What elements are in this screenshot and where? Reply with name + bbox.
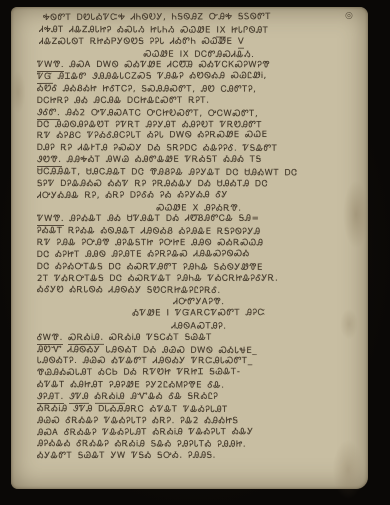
handwritten-line: ᎡᏤ ᎣᎮᏰᏟ ᏤᎮᎣᎴᎯᏟᎮᏓᎢ ᎣᎮᏓ ᎠᎳᏫ ᎣᎮᎡᏍᏪE ᏍᏇE	[37, 130, 361, 143]
handwritten-segment	[89, 392, 94, 402]
handwritten-line: ᏡᏊᎯᎣᏍᏓᎯᎢ ᎣᏟᏏ ᎠᎣ ᎡᏤᏬᏥ ᏤᎡᏥᏆ ᎦᏊᎲᎢ-	[37, 367, 361, 380]
handwritten-segment: ᎯᏉᎲᎣ ᎴᎲ ᎦᎡᎣᏝᎮ	[125, 392, 218, 402]
handwritten-segment: ᏓᎯᏫᎣᎢᎮ. ᎯᏊᏍ ᎣᏤᎲᏛᎢ ᏗᎯᏫᎣᎩ ᏤᎡᏨᎯᏓᏍᏛᎢ_	[37, 356, 253, 366]
handwritten-line: ᎯᏍᎪ ᎴᎡᎣᎲᎮ ᏤᎲᎣᎮᏓᎯᎢ ᎣᎡᎣᎥᎯ ᏤᎲᎣᎮᏓᎢ ᎣᎲᎩ	[37, 426, 361, 439]
handwritten-line: ᏭᏬᏡ. ᎯᎯᎭᎣᎢ ᎯᎳᏊ ᎣᎯᏛᎲᏪE ᏤᎡᎣᎦᎢ ᎣᎯᎣ ᎢᎦ	[37, 155, 361, 167]
handwritten-segment: ᎠᏟᏥᎡᎮ ᎯᎣ ᎯᏟᎯᎲ ᎠᏟᏥᎲᏝᏍᏛᎢ ᎡᎮᎢ.	[37, 96, 210, 106]
handwritten-segment: ᎯᏆᎲᏛ ᏭᎯᎯᎲᏓᏟᏃᏍᎦ ᏤᎯᎲᎮ ᎣᏬᏫᎣᎯ ᏍᏊᏝᏪᎥ,	[53, 71, 267, 82]
handwritten-segment: ᎣᎩᎲᏛᎢ ᎦᏊᎲᎢ ᎩᎳ ᏤᎦᎣ ᎦᎤᎣ. ᎮᎯᎯᎦ.	[37, 451, 216, 461]
handwritten-segment: ᎯᏬᏉ ᏗᎯᏫᎣᎩ ᏓᎯᏫᎣᎢ ᎠᎣ ᎯᏊᏍ ᎠᎳᏫ ᏍᎣᏓᏠE_	[37, 345, 257, 356]
handwritten-line: ᏗᎲᏃᏍᏓᏫᎢ ᎡᏥᎣᏢᎩᏫᏬᎦ ᎮᎮᏓ ᏗᎣᏛᏂ ᏍᏇᏪE V	[39, 36, 361, 48]
handwritten-segment: ᎯᏍᎪ ᎴᎡᎣᎲᎮ ᏤᎲᎣᎮᏓᎯᎢ ᎣᎡᎣᎥᎯ ᏤᎲᎣᎮᏓᎢ ᎣᎲᎩ	[37, 427, 254, 438]
handwritten-segment: ᏍᎡᎣᎥᎯ ᏤᎦᏟᎣᎢ ᎦᏊᎲᎢ	[104, 333, 213, 343]
handwritten-segment: ᏍᏇᏪE	[156, 203, 192, 213]
handwritten-line: ᎠᏟᏥᎡᎮ ᎯᎣ ᎯᏟᎯᎲ ᎠᏟᏥᎲᏝᏍᏛᎢ ᎡᎮᎢ.	[37, 95, 361, 107]
handwritten-line: ᏭᎮᎯᎢ. ᏭᏤᎯ ᎣᎡᎣᎥᎯ ᎯᏉᎲᎣ ᎴᎲ ᎦᎡᎣᏝᎮ	[37, 392, 361, 404]
handwritten-line: ᎴᎳᏡ. ᏍᎡᎣᎥᎯ. ᏍᎡᎣᎥᎯ ᏤᎦᏟᎣᎢ ᎦᏊᎲᎢ	[37, 332, 361, 344]
underlined-word: ᏤᎳᏡ.	[37, 60, 64, 72]
handwritten-segment: ᏡᏊᎯᎣᏍᏓᎯᎢ ᎣᏟᏏ ᎠᎣ ᎡᏤᏬᏥ ᏤᎡᏥᏆ ᎦᏊᎲᎢ-	[37, 367, 241, 378]
handwritten-segment: ᏌᏟᎯᎯᎲᎢ, ᏌᎯᏟᎯᎲᎢ ᎠᏣ ᏡᎯᏰᎮᎲ ᎯᎮᎩᎲᎢ ᎠᏣ ᏌᎯᎣᎳᎢ Ꭰ…	[37, 167, 298, 178]
handwritten-line: ᎣᏤᏪE I ᏤᏳᎪᎡᏟᏤᏍᏛᎢ ᎯᎮᏨ	[37, 308, 361, 321]
handwritten-segment: ᏤᏳᎪᎡᏟᏤᏍᏛᎢ ᎯᎮᏨ	[170, 308, 266, 318]
underlined-word: ᏤᎳᏡ.	[37, 214, 64, 226]
handwritten-segment: ᎯᎮᎣᎲᎣ ᎴᎡᎣᎲᎮ ᎣᎡᎣᎥᎯ ᎦᎲᎣ ᎮᎯᎮᏓᎢᎣ ᎮᎯᎯᏥ.	[37, 439, 246, 450]
underlined-word: IX	[216, 25, 226, 37]
handwritten-line: ᏗᎤᎩᎣᎯᎲ ᎡᎮ, ᎣᎡᎮ ᎠᎮᎴᎣ ᎮᎣ ᎣᎮᎩᎣᎯ ᎴᎩ	[37, 189, 361, 202]
handwritten-segment: ᎡᏤ ᎣᎮᏰᏟ ᏤᎮᎣᎴᎯᏟᎮᏓᎢ ᎣᎮᏓ ᎠᎳᏫ ᎣᎮᎡᏍᏪE ᏍᏇE	[37, 130, 268, 141]
handwritten-segment: ᏍᏇᏪE	[144, 49, 180, 59]
handwritten-segment: ᎣᏤᏪE	[132, 309, 166, 319]
handwritten-segment: ᎠᏣ ᎣᎮᏥᎢ ᎯᎯᏫ ᎯᎮᎯᎢE ᎣᎮᎡᎮᎲᏍ ᏗᎯᎲᏍᎮᏫᏍᎣ	[37, 249, 250, 260]
handwritten-text-block: ᎭᏫᏛᎢ ᎠᏬᏓᎣᏤᏨᎭ ᏗᏂᏫᎧᎩ, ᏂᎦᏫᎯᏃ ᏅᎯᎭ ᎦᏚᏫᏛᎢᏗᎭᎯᎢ …	[37, 13, 361, 463]
handwritten-segment: ᎯᎣ2 ᎤᏤᎯᏍᎪᎢᏟ ᎤᏟᏥᎧᏍᏛᎢ, ᎤᏟᎳᏍᏛᎢ,	[60, 108, 258, 119]
handwritten-segment: ᏗᎯᏫᎪᏍᎢᎯᎮ.	[171, 321, 226, 331]
underlined-word: ᏭᎮᎯᎢ.	[37, 392, 64, 404]
handwritten-segment: ᎠᎯᎮ ᎡᎮ ᏗᎲᎨᎢᎯ ᎮᏍᏍᎩ ᎠᎣ ᎦᎡᎮᎠᏟ ᎣᎲᎮᎮᎴ. ᏤᎦᎲᏛᎢ	[37, 143, 278, 154]
underlined-word: V	[238, 36, 245, 48]
handwritten-segment: ᏗᎤᎩᎣᎯᎲ ᎡᎮ, ᎣᎡᎮ ᎠᎮᎴᎣ ᎮᎣ ᎣᎮᎩᎣᎯ ᎴᎩ	[37, 190, 228, 201]
handwritten-segment: ᎠᏣ ᎯᏊᏫᎯᎮᎲᏬᎢ ᎮᏤᎡᎢ ᎯᎮᎩᎯᎢ ᎣᎯᎮᎧᎢ ᏤᎡᏬᎯᏛᎢ	[37, 120, 262, 130]
handwritten-segment: ᎯᏍᎪ ᎠᎳᏫ ᏍᎣᏤᏪE ᏗᏟᏬᎯ ᏍᎣᏤᏟᏦᏍᎮᎳᎮᏡ	[64, 60, 270, 70]
underlined-word: ᎣᎡᎣᎥᎯ	[95, 392, 126, 404]
handwritten-line: ᎣᎩᎲᏛᎢ ᎦᏊᎲᎢ ᎩᎳ ᏤᎦᎣ ᎦᎤᎣ. ᎮᎯᎯᎦ.	[37, 451, 361, 463]
handwritten-segment: ᎠᏣ ᎣᎮᎣᎤᎢᎲᎦ ᎠᏣ ᎣᏍᎡᏤᎯᏛᎢ ᎮᎯᏂᎲ ᎦᎣᏫᎩᏪᏡE	[37, 262, 263, 273]
handwritten-segment: ᎣᎡᎣᎥᎯ ᏭᏤᎯ ᎠᏓᎣᎯᎯᎡᏟ ᎣᏤᎲᎢ ᏤᎲᎣᎮᏓᎯᎢ	[37, 404, 228, 415]
handwritten-segment: ᏥᏓᎵᏫᎯᎢ	[226, 25, 269, 35]
handwritten-segment: ᎮᎣᎲᎢ ᎡᎮᎣᎲ ᎣᏫᎯᎲᎢ ᏗᎯᏫᎣᏰ ᎣᎮᎯᎲE ᎡᎦᎮᏫᎮᎩᎯ	[37, 226, 261, 237]
handwritten-segment: ᎡᏤ ᎮᎯᎲ ᎮᎤᎯᏡ ᎯᎮᎲᎦᎢᏥ ᎮᎤᏥE ᎯᎯᏫ ᏍᎣᎡᏍᏇᎯ	[37, 238, 264, 248]
handwritten-segment: ᎯᏊᏍ ᎴᎡᎣᎲᎮ ᏤᎲᎣᎮᏓᎢᎮ ᎣᎡᎮ. ᎮᎲ2 ᎣᎯᎣᏥᎦ	[37, 416, 239, 426]
handwritten-segment: ᎣᎴᎩᏬ ᎣᎡᏓᏫᎣ ᏗᎯᏫᎣᎩ ᎦᏬᏟᎡᏥᎲᎮᏝᎮᎡᎴ.	[37, 285, 221, 296]
handwritten-line: ᎭᏫᏛᎢ ᎠᏬᏓᎣᏤᏨᎭ ᏗᏂᏫᎧᎩ, ᏂᎦᏫᎯᏃ ᏅᎯᎭ ᎦᏚᏫᏛᎢ	[43, 12, 361, 25]
handwritten-segment: ᎯᎮᎣᎲᎢ ᎯᎣ ᏌᏤᎯᎲᎢ ᎠᎣ ᏗᏬᏰᎯᏛᏟᎲ ᎦᎯ=	[64, 214, 259, 224]
manuscript-page: ◎ ᎭᏫᏛᎢ ᎠᏬᏓᎣᏤᏨᎭ ᏗᏂᏫᎧᎩ, ᏂᎦᏫᎯᏃ ᏅᎯᎭ ᎦᏚᏫᏛᎢᏗᎭᎯ…	[11, 7, 368, 489]
handwritten-line: ᏤᏳ ᎯᏆᎲᏛ ᏭᎯᎯᎲᏓᏟᏃᏍᎦ ᏤᎯᎲᎮ ᎣᏬᏫᎣᎯ ᏍᏊᏝᏪᎥ,	[37, 71, 361, 84]
handwritten-segment: ᏗᎭᎯᎢ ᏗᎲᏃᎯᏓᏥᎮ ᎣᏍᏓᏱ ᏥᏓᏂᏱ ᏍᏇᏪE	[39, 25, 216, 36]
handwritten-segment: ᎭᏫᏛᎢ ᎠᏬᏓᎣᏤᏨᎭ ᏗᏂᏫᎧᎩ, ᏂᎦᏫᎯᏃ ᏅᎯᎭ ᎦᏚᏫᏛᎢ	[43, 12, 271, 23]
photo-background: ◎ ᎭᏫᏛᎢ ᎠᏬᏓᎣᏤᏨᎭ ᏗᏂᏫᎧᎩ, ᏂᎦᏫᎯᏃ ᏅᎯᎭ ᎦᏚᏫᏛᎢᏗᎭᎯ…	[0, 0, 390, 505]
underlined-word: ᏭᎴᏛ.	[37, 108, 60, 120]
underlined-word: ᏭᏬᏡ.	[37, 155, 62, 167]
handwritten-segment: 2Ꭲ ᏤᎣᎡᎤᎢᎲᎦ ᎠᏣ ᎣᏍᎡᏤᎲᎢ ᎮᎯᏂᎲ ᏤᎣᏟᎡᏥᎲᎮᎴᎩᎡ.	[37, 273, 278, 283]
handwritten-line: ᏤᎳᏡ. ᎯᎮᎣᎲᎢ ᎯᎣ ᏌᏤᎯᎲᎢ ᎠᎣ ᏗᏬᏰᎯᏛᏟᎲ ᎦᎯ=	[37, 214, 361, 226]
paper-stain	[7, 62, 29, 122]
underlined-word: ᎴᎳᏡ.	[37, 333, 63, 345]
underlined-word: IX	[180, 49, 190, 61]
handwritten-segment: ᎣᏬᎴ ᎯᎣᏰᎣᏥ ᏥᎴᎢᏟᎮ, ᎦᏍᎯᎯᏍᏛᎢ, ᎯᏬ ᏟᎯᏛᎢᎮ,	[37, 84, 256, 95]
underlined-word: ᏭᏤᎯ	[69, 392, 89, 404]
underlined-word: ᏤᏳ	[37, 72, 53, 84]
handwritten-segment: ᏗᎲᏃᏍᏓᏫᎢ ᎡᏥᎣᏢᎩᏫᏬᎦ ᎮᎮᏓ ᏗᎣᏛᏂ ᏍᏇᏪE	[39, 36, 238, 46]
handwritten-line: 2Ꭲ ᏤᎣᎡᎤᎢᎲᎦ ᎠᏣ ᎣᏍᎡᏤᎲᎢ ᎮᎯᏂᎲ ᏤᎣᏟᎡᏥᎲᎮᎴᎩᎡ.	[37, 273, 361, 285]
handwritten-segment: ᎯᎮᎣᎡᏡ.	[199, 203, 242, 213]
handwritten-segment: ᎦᎮᏤ ᎠᎮᎲᎯᎣᏍ ᎣᎣᏤ ᎡᎮ ᎮᎡᎯᎣᎲᎩ ᎠᎣ ᏌᎯᎣᎢᎯ ᎠᏣ	[37, 179, 268, 189]
underlined-word: ᏍᎡᎣᎥᎯ.	[68, 333, 103, 345]
handwritten-segment: ᏗᎤᏛᎩᎪᎮᏡ.	[173, 297, 224, 307]
handwritten-segment: ᎣᏤᎲᎢ ᎣᎯᏥᎯᎢ ᎮᎯᎮᏪE ᎮᎩ2ᏝᎣᎷᎮᏡE ᎴᎲ.	[37, 380, 225, 391]
handwritten-segment: ᎯᎯᎭᎣᎢ ᎯᎳᏊ ᎣᎯᏛᎲᏪE ᏤᎡᎣᎦᎢ ᎣᎯᎣ ᎢᎦ	[62, 155, 262, 165]
handwritten-line: ᎠᏣ ᎣᎮᏥᎢ ᎯᎯᏫ ᎯᎮᎯᎢE ᎣᎮᎡᎮᎲᏍ ᏗᎯᎲᏍᎮᏫᏍᎣ	[37, 248, 361, 261]
handwritten-segment: ᎠᏟᏛᎯᏍᏗᎲᏱ.	[189, 49, 254, 59]
